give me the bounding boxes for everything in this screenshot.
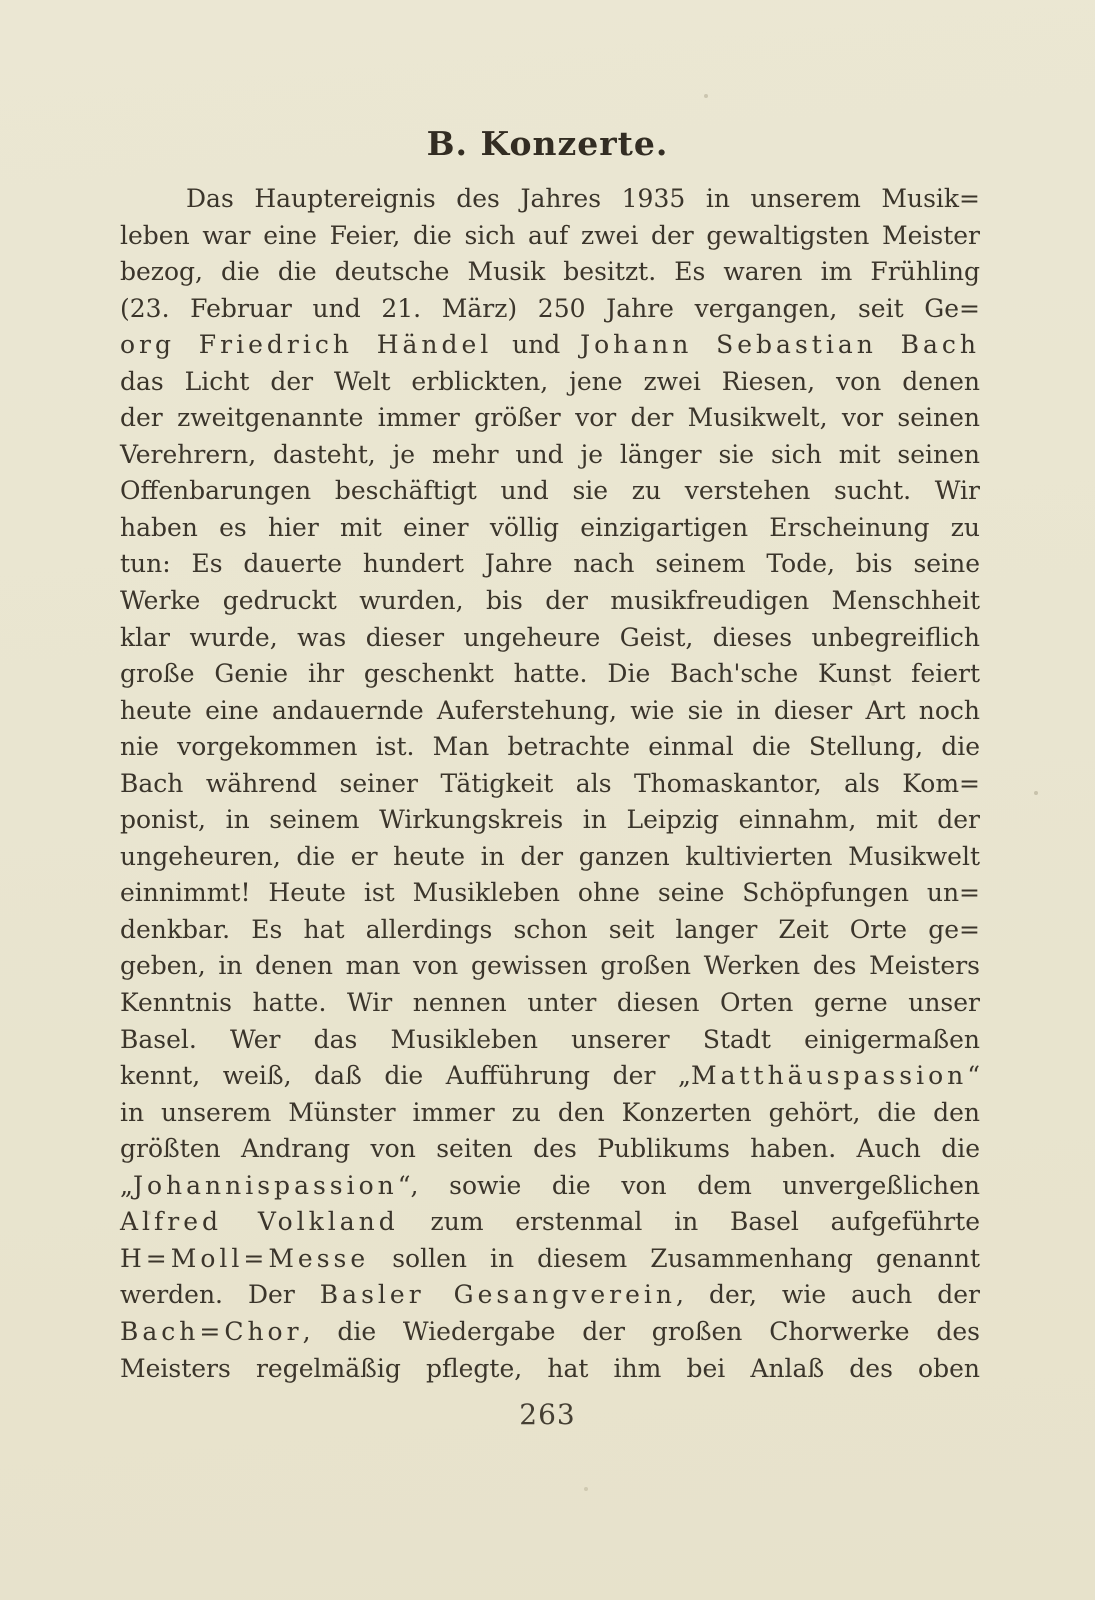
text-line: werden. Der Basler Gesangverein, der, wi… (120, 1277, 980, 1314)
text-line: org Friedrich Händel und Johann Sebastia… (120, 327, 980, 364)
letterspaced-text: Matthäuspassion (691, 1061, 967, 1090)
letterspaced-text: Basler Gesangverein (320, 1280, 676, 1309)
text-segment: der zweitgenannte immer größer vor der M… (120, 403, 980, 432)
text-line: Kenntnis hatte. Wir nennen unter diesen … (120, 985, 980, 1022)
letterspaced-text: Bach=Chor (120, 1317, 303, 1346)
text-line: nie vorgekommen ist. Man betrachte einma… (120, 729, 980, 766)
letterspaced-text: Alfred Volkland (120, 1207, 399, 1236)
text-segment: einnimmt! Heute ist Musikleben ohne sein… (120, 878, 980, 907)
letterspaced-text: Johann Sebastian Bach (580, 330, 980, 359)
text-segment: Basel. Wer das Musikleben unserer Stadt … (120, 1025, 980, 1054)
text-segment: klar wurde, was dieser ungeheure Geist, … (120, 623, 980, 652)
text-line: Bach=Chor, die Wiedergabe der großen Cho… (120, 1314, 980, 1351)
text-line: H=Moll=Messe sollen in diesem Zusammenha… (120, 1241, 980, 1278)
text-line: heute eine andauernde Auferstehung, wie … (120, 693, 980, 730)
text-segment: “ (967, 1061, 980, 1090)
text-segment: Werke gedruckt wurden, bis der musikfreu… (120, 586, 980, 615)
text-line: Meisters regelmäßig pflegte, hat ihm bei… (120, 1351, 980, 1388)
text-segment: Kenntnis hatte. Wir nennen unter diesen … (120, 988, 980, 1017)
text-line: große Genie ihr geschenkt hatte. Die Bac… (120, 656, 980, 693)
text-segment: leben war eine Feier, die sich auf zwei … (120, 221, 980, 250)
text-segment: sollen in diesem Zusammenhang genannt (369, 1244, 980, 1273)
body-text: Das Hauptereignis des Jahres 1935 in uns… (120, 181, 980, 1387)
text-segment: heute eine andauernde Auferstehung, wie … (120, 696, 980, 725)
text-segment: Das Hauptereignis des Jahres 1935 in uns… (186, 184, 980, 213)
text-line: Alfred Volkland zum erstenmal in Basel a… (120, 1204, 980, 1241)
text-segment: ungeheuren, die er heute in der ganzen k… (120, 842, 980, 871)
text-line: der zweitgenannte immer größer vor der M… (120, 400, 980, 437)
letterspaced-text: org Friedrich Händel (120, 330, 492, 359)
text-segment: haben es hier mit einer völlig einzigart… (120, 513, 980, 542)
text-segment: „ (120, 1171, 133, 1200)
page-number: 263 (0, 1398, 1095, 1431)
text-line: kennt, weiß, daß die Aufführung der „Mat… (120, 1058, 980, 1095)
text-segment: (23. Februar und 21. März) 250 Jahre ver… (120, 294, 980, 323)
text-line: Offenbarungen beschäftigt und sie zu ver… (120, 473, 980, 510)
text-line: in unserem Münster immer zu den Konzerte… (120, 1095, 980, 1132)
text-line: größten Andrang von seiten des Publikums… (120, 1131, 980, 1168)
text-segment: tun: Es dauerte hundert Jahre nach seine… (120, 549, 980, 578)
text-segment: geben, in denen man von gewissen großen … (120, 951, 980, 980)
text-line: leben war eine Feier, die sich auf zwei … (120, 218, 980, 255)
text-segment: ponist, in seinem Wirkungskreis in Leipz… (120, 805, 980, 834)
letterspaced-text: Johannispassion (133, 1171, 398, 1200)
text-line: denkbar. Es hat allerdings schon seit la… (120, 912, 980, 949)
text-segment: kennt, weiß, daß die Aufführung der „ (120, 1061, 691, 1090)
text-segment: denkbar. Es hat allerdings schon seit la… (120, 915, 980, 944)
text-segment: und (492, 330, 580, 359)
text-line: Basel. Wer das Musikleben unserer Stadt … (120, 1022, 980, 1059)
text-segment: Bach während seiner Tätigkeit als Thomas… (120, 769, 980, 798)
text-line: (23. Februar und 21. März) 250 Jahre ver… (120, 291, 980, 328)
section-heading: B. Konzerte. (0, 124, 1095, 163)
text-segment: nie vorgekommen ist. Man betrachte einma… (120, 732, 980, 761)
text-line: „Johannispassion“, sowie die von dem unv… (120, 1168, 980, 1205)
text-line: Werke gedruckt wurden, bis der musikfreu… (120, 583, 980, 620)
text-line: tun: Es dauerte hundert Jahre nach seine… (120, 546, 980, 583)
text-line: haben es hier mit einer völlig einzigart… (120, 510, 980, 547)
text-segment: werden. Der (120, 1280, 320, 1309)
text-line: ponist, in seinem Wirkungskreis in Leipz… (120, 802, 980, 839)
letterspaced-text: H=Moll=Messe (120, 1244, 369, 1273)
text-line: geben, in denen man von gewissen großen … (120, 948, 980, 985)
text-segment: Meisters regelmäßig pflegte, hat ihm bei… (120, 1354, 980, 1383)
text-segment: “, sowie die von dem unvergeßlichen (398, 1171, 980, 1200)
text-segment: Offenbarungen beschäftigt und sie zu ver… (120, 476, 980, 505)
text-segment: Verehrern, dasteht, je mehr und je länge… (120, 440, 980, 469)
text-line: bezog, die die deutsche Musik besitzt. E… (120, 254, 980, 291)
text-line: Das Hauptereignis des Jahres 1935 in uns… (120, 181, 980, 218)
text-line: einnimmt! Heute ist Musikleben ohne sein… (120, 875, 980, 912)
text-line: das Licht der Welt erblickten, jene zwei… (120, 364, 980, 401)
text-segment: das Licht der Welt erblickten, jene zwei… (120, 367, 980, 396)
text-line: klar wurde, was dieser ungeheure Geist, … (120, 620, 980, 657)
text-line: Verehrern, dasteht, je mehr und je länge… (120, 437, 980, 474)
text-segment: , der, wie auch der (676, 1280, 980, 1309)
text-segment: große Genie ihr geschenkt hatte. Die Bac… (120, 659, 980, 688)
text-segment: , die Wiedergabe der großen Chorwerke de… (303, 1317, 980, 1346)
text-segment: in unserem Münster immer zu den Konzerte… (120, 1098, 980, 1127)
text-line: Bach während seiner Tätigkeit als Thomas… (120, 766, 980, 803)
book-page: B. Konzerte. Das Hauptereignis des Jahre… (0, 0, 1095, 1600)
text-segment: zum erstenmal in Basel aufgeführte (399, 1207, 980, 1236)
text-segment: bezog, die die deutsche Musik besitzt. E… (120, 257, 980, 286)
text-segment: größten Andrang von seiten des Publikums… (120, 1134, 980, 1163)
text-line: ungeheuren, die er heute in der ganzen k… (120, 839, 980, 876)
